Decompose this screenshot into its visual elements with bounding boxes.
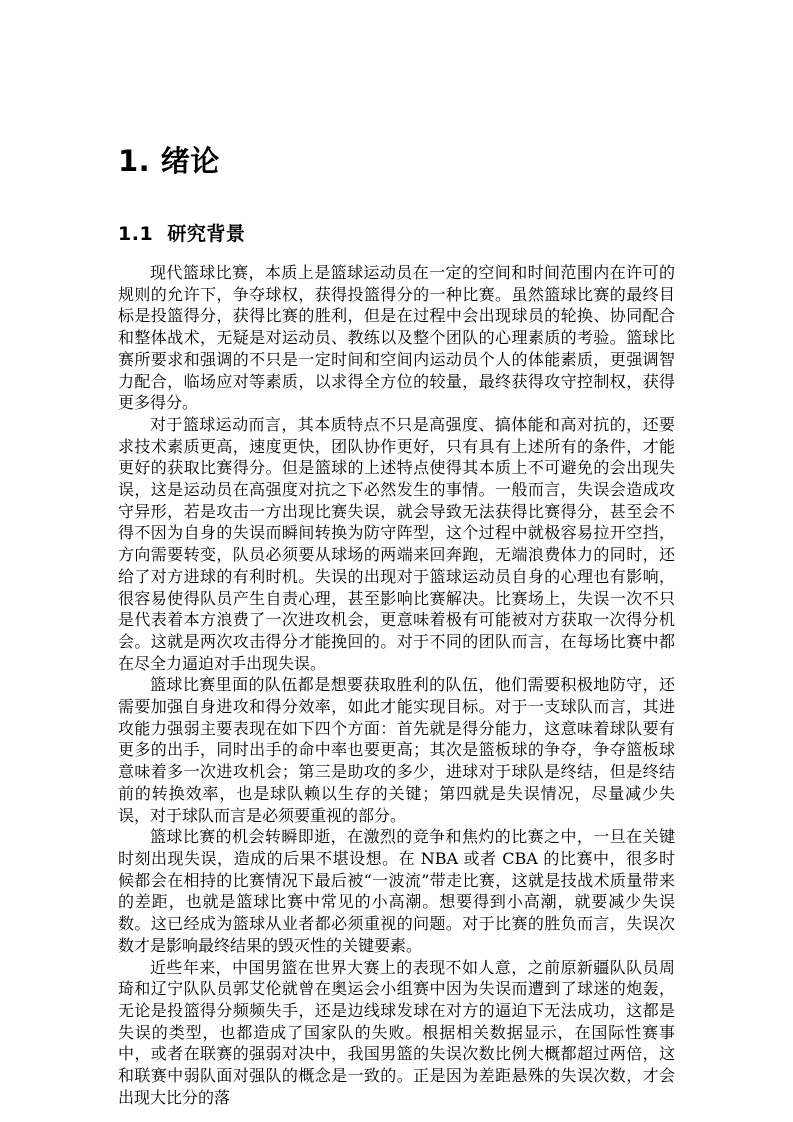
document-page: 1. 绪论 1.1 研究背景 现代篮球比赛，本质上是篮球运动员在一定的空间和时间… (0, 0, 793, 1122)
paragraph: 篮球比赛的机会转瞬即逝，在激烈的竞争和焦灼的比赛之中，一旦在关键时刻出现失误，造… (118, 826, 675, 956)
paragraph: 对于篮球运动而言，其本质特点不只是高强度、搞体能和高对抗的，还要求技术素质更高，… (118, 414, 675, 674)
paragraph: 近些年来，中国男篮在世界大赛上的表现不如人意，之前原新疆队队员周琦和辽宁队队员郭… (118, 957, 675, 1109)
section-heading: 1.1 研究背景 (118, 181, 675, 247)
paragraph: 篮球比赛里面的队伍都是想要获取胜利的队伍，他们需要积极地防守，还需要加强自身进攻… (118, 674, 675, 826)
chapter-title: 1. 绪论 (118, 0, 675, 181)
body-text: 现代篮球比赛，本质上是篮球运动员在一定的空间和时间范围内在许可的规则的允许下，争… (118, 247, 675, 1108)
paragraph: 现代篮球比赛，本质上是篮球运动员在一定的空间和时间范围内在许可的规则的允许下，争… (118, 262, 675, 414)
